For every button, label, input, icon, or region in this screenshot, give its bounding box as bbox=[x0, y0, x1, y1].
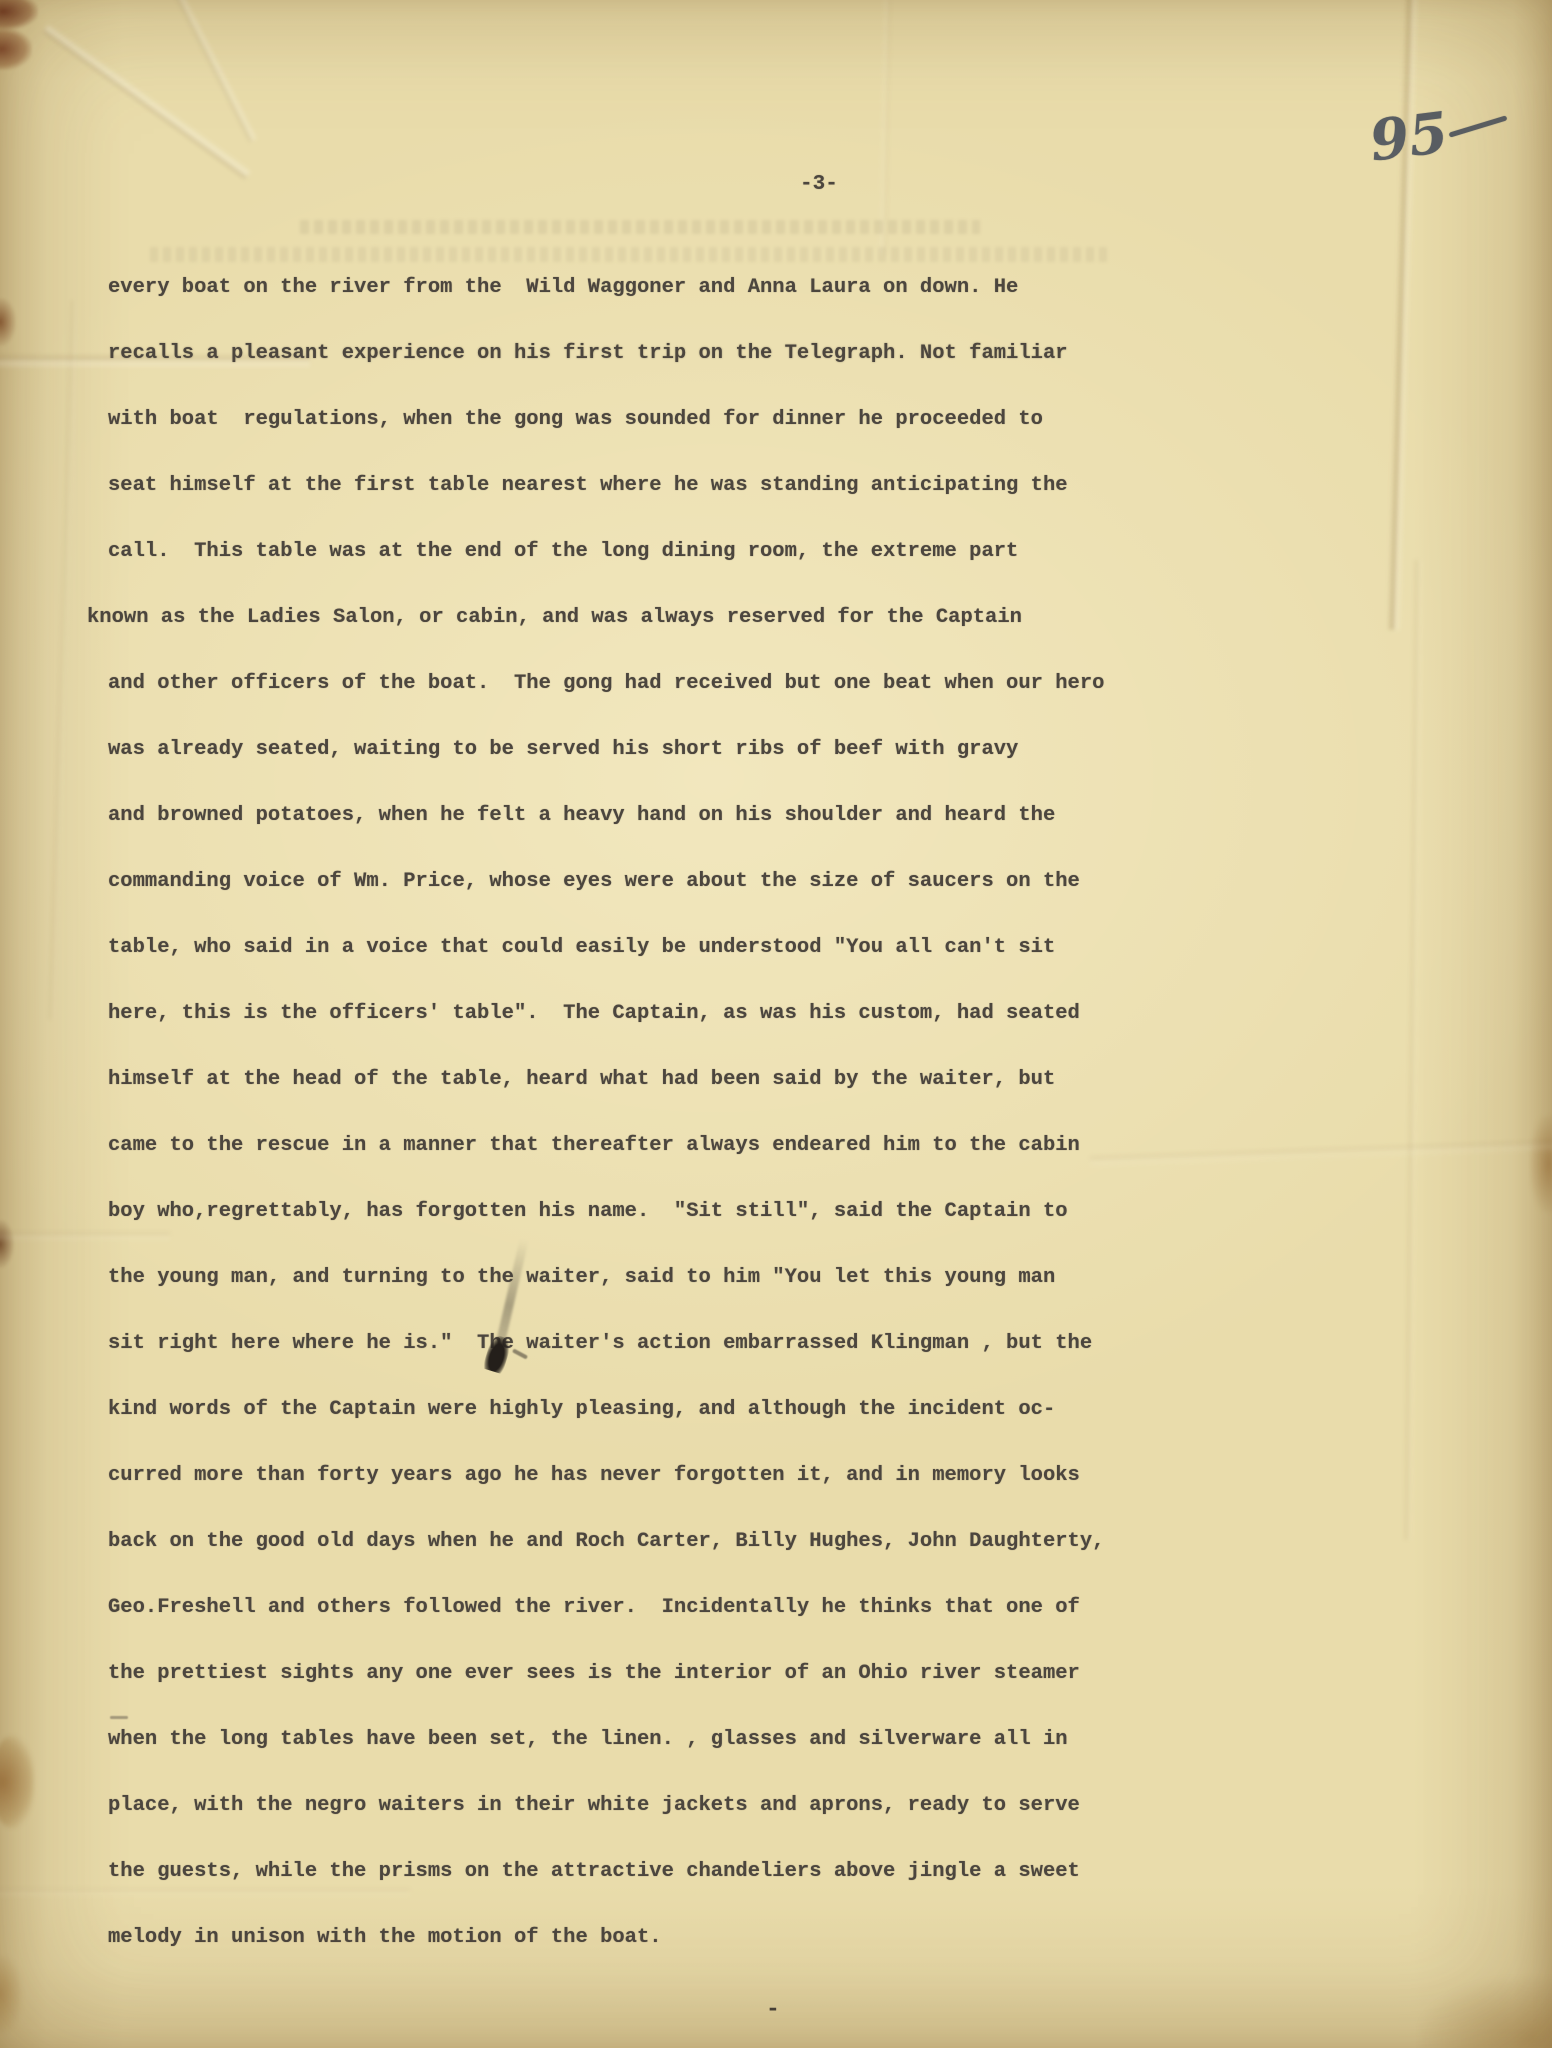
typed-line: kind words of the Captain were highly pl… bbox=[108, 1376, 1438, 1442]
typed-line: himself at the head of the table, heard … bbox=[108, 1046, 1438, 1112]
paper-stain bbox=[0, 1956, 22, 2032]
paper-stain bbox=[0, 1736, 34, 1828]
typed-line: commanding voice of Wm. Price, whose eye… bbox=[108, 848, 1438, 914]
typed-line: Geo.Freshell and others followed the riv… bbox=[108, 1574, 1438, 1640]
typed-line: melody in unison with the motion of the … bbox=[108, 1904, 1438, 1970]
manuscript-page: -3- 95 every boat on the river from the … bbox=[0, 0, 1552, 2048]
paper-crease bbox=[47, 300, 79, 1020]
typed-line: and browned potatoes, when he felt a hea… bbox=[108, 782, 1438, 848]
typed-line: when the long tables have been set, the … bbox=[108, 1706, 1438, 1772]
paper-crease bbox=[172, 0, 257, 142]
handwritten-dash-stroke bbox=[1449, 115, 1508, 137]
typed-line: and other officers of the boat. The gong… bbox=[108, 650, 1438, 716]
typed-line: the young man, and turning to the waiter… bbox=[108, 1244, 1438, 1310]
paper-stain bbox=[0, 28, 32, 70]
typed-line: curred more than forty years ago he has … bbox=[108, 1442, 1438, 1508]
typed-line: place, with the negro waiters in their w… bbox=[108, 1772, 1438, 1838]
typed-line: boy who,regrettably, has forgotten his n… bbox=[108, 1178, 1438, 1244]
typed-line: back on the good old days when he and Ro… bbox=[108, 1508, 1438, 1574]
pencil-tick-mark bbox=[110, 1716, 128, 1719]
typed-line: was already seated, waiting to be served… bbox=[108, 716, 1438, 782]
paper-stain bbox=[0, 1220, 14, 1268]
typed-line: call. This table was at the end of the l… bbox=[108, 518, 1438, 584]
typed-line: table, who said in a voice that could ea… bbox=[108, 914, 1438, 980]
handwritten-number: 95 bbox=[1366, 99, 1451, 174]
paper-stain bbox=[0, 298, 16, 346]
typed-line: here, this is the officers' table". The … bbox=[108, 980, 1438, 1046]
typed-text-block: every boat on the river from the Wild Wa… bbox=[108, 254, 1438, 1970]
paper-stain bbox=[1530, 1116, 1552, 1212]
typed-line: the guests, while the prisms on the attr… bbox=[108, 1838, 1438, 1904]
typed-line: every boat on the river from the Wild Wa… bbox=[108, 254, 1438, 320]
paper-stain bbox=[1420, 1978, 1552, 2048]
typed-line: seat himself at the first table nearest … bbox=[108, 452, 1438, 518]
bottom-page-mark: - bbox=[766, 1996, 780, 2022]
typed-line: the prettiest sights any one ever sees i… bbox=[108, 1640, 1438, 1706]
typed-line: recalls a pleasant experience on his fir… bbox=[108, 320, 1438, 386]
paper-crease bbox=[43, 24, 252, 180]
typed-line: known as the Ladies Salon, or cabin, and… bbox=[87, 584, 1438, 650]
paper-stain bbox=[0, 0, 38, 30]
erased-typing-trace bbox=[300, 220, 980, 234]
typed-line: sit right here where he is." The waiter'… bbox=[108, 1310, 1438, 1376]
paper-crease bbox=[878, 0, 893, 254]
page-number: -3- bbox=[800, 173, 838, 196]
typed-line: came to the rescue in a manner that ther… bbox=[108, 1112, 1438, 1178]
typed-line: with boat regulations, when the gong was… bbox=[108, 386, 1438, 452]
